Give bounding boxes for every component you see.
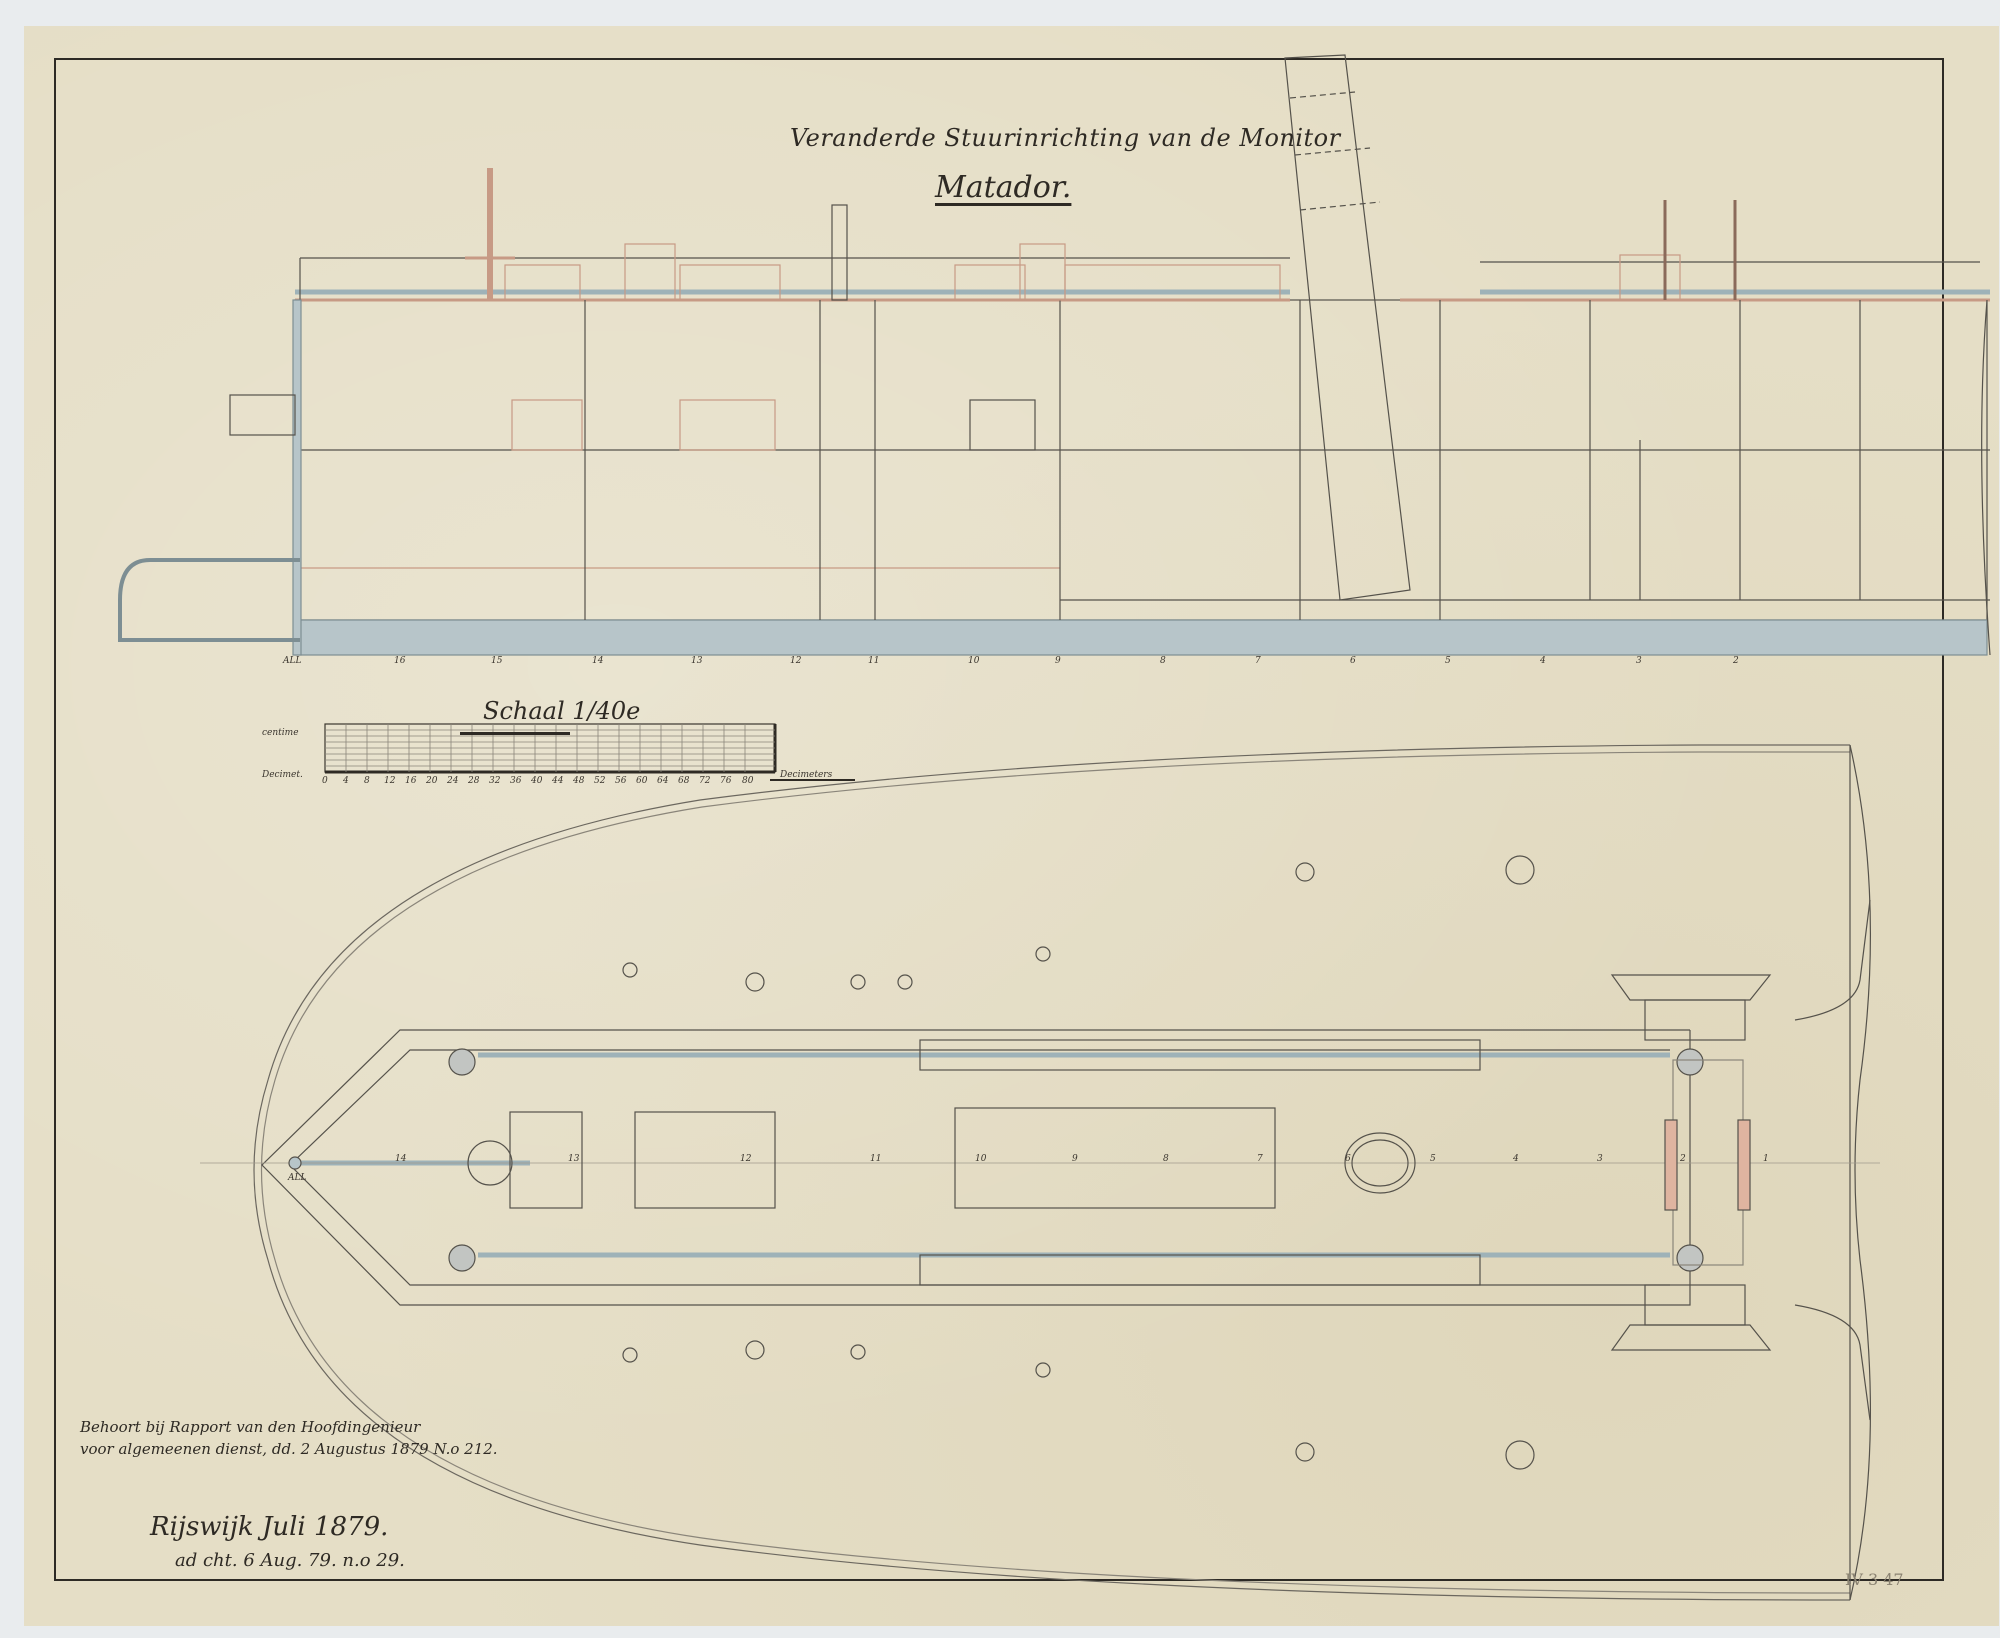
frame-number: 16 (394, 656, 405, 666)
scale-unit-label: Decimeters (780, 770, 832, 780)
report-note-line1: Behoort bij Rapport van den Hoofdingenie… (80, 1418, 420, 1436)
scale-tick: 32 (489, 776, 500, 786)
frame-number: 11 (868, 656, 879, 666)
frame-number: ALL (288, 1173, 306, 1183)
place-date-signature: Rijswijk Juli 1879. (150, 1512, 388, 1542)
frame-number: 12 (740, 1154, 751, 1164)
scale-tick: 52 (594, 776, 605, 786)
frame-number: 6 (1350, 656, 1356, 666)
scale-tick: 16 (405, 776, 416, 786)
scale-left-label-top: centime (262, 728, 299, 738)
scale-tick: 68 (678, 776, 689, 786)
scale-tick: 60 (636, 776, 647, 786)
scale-title-underline (460, 732, 570, 735)
scale-tick: 80 (742, 776, 753, 786)
scale-tick: 76 (720, 776, 731, 786)
frame-number: 13 (568, 1154, 579, 1164)
frame-number: 3 (1636, 656, 1642, 666)
frame-number: 4 (1540, 656, 1546, 666)
archive-mark: IV 3 47 (1845, 1570, 1904, 1589)
frame-number: 6 (1345, 1154, 1351, 1164)
frame-number: 11 (870, 1154, 881, 1164)
ship-drawing (0, 0, 2000, 1638)
frame-number: ALL (283, 656, 301, 666)
frame-number: 2 (1680, 1154, 1686, 1164)
scale-tick: 48 (573, 776, 584, 786)
frame-number: 14 (395, 1154, 406, 1164)
drawing-title: Veranderde Stuurinrichting van de Monito… (790, 124, 1341, 152)
ad-note: ad cht. 6 Aug. 79. n.o 29. (175, 1550, 405, 1571)
scale-tick: 0 (322, 776, 328, 786)
scale-tick: 56 (615, 776, 626, 786)
scale-tick: 20 (426, 776, 437, 786)
frame-number: 3 (1597, 1154, 1603, 1164)
frame-number: 7 (1257, 1154, 1263, 1164)
scale-tick: 24 (447, 776, 458, 786)
frame-number: 14 (592, 656, 603, 666)
scale-left-label-bottom: Decimet. (262, 770, 303, 780)
scale-tick: 28 (468, 776, 479, 786)
frame-number: 7 (1255, 656, 1261, 666)
frame-number: 10 (968, 656, 979, 666)
frame-number: 8 (1160, 656, 1166, 666)
frame-number: 13 (691, 656, 702, 666)
ship-name: Matador. (935, 170, 1071, 205)
report-note-line2: voor algemeenen dienst, dd. 2 Augustus 1… (80, 1440, 498, 1458)
scale-tick: 40 (531, 776, 542, 786)
frame-number: 5 (1430, 1154, 1436, 1164)
frame-number: 8 (1163, 1154, 1169, 1164)
scale-tick: 8 (364, 776, 370, 786)
frame-number: 15 (491, 656, 502, 666)
frame-number: 9 (1072, 1154, 1078, 1164)
frame-number: 12 (790, 656, 801, 666)
frame-number: 5 (1445, 656, 1451, 666)
frame-number: 1 (1763, 1154, 1769, 1164)
frame-number: 10 (975, 1154, 986, 1164)
scale-tick: 64 (657, 776, 668, 786)
scale-tick: 4 (343, 776, 349, 786)
scale-tick: 12 (384, 776, 395, 786)
frame-number: 9 (1055, 656, 1061, 666)
scale-tick: 44 (552, 776, 563, 786)
scale-tick: 36 (510, 776, 521, 786)
scale-title: Schaal 1/40e (483, 697, 640, 725)
frame-number: 4 (1513, 1154, 1519, 1164)
frame-number: 2 (1733, 656, 1739, 666)
scale-tick: 72 (699, 776, 710, 786)
